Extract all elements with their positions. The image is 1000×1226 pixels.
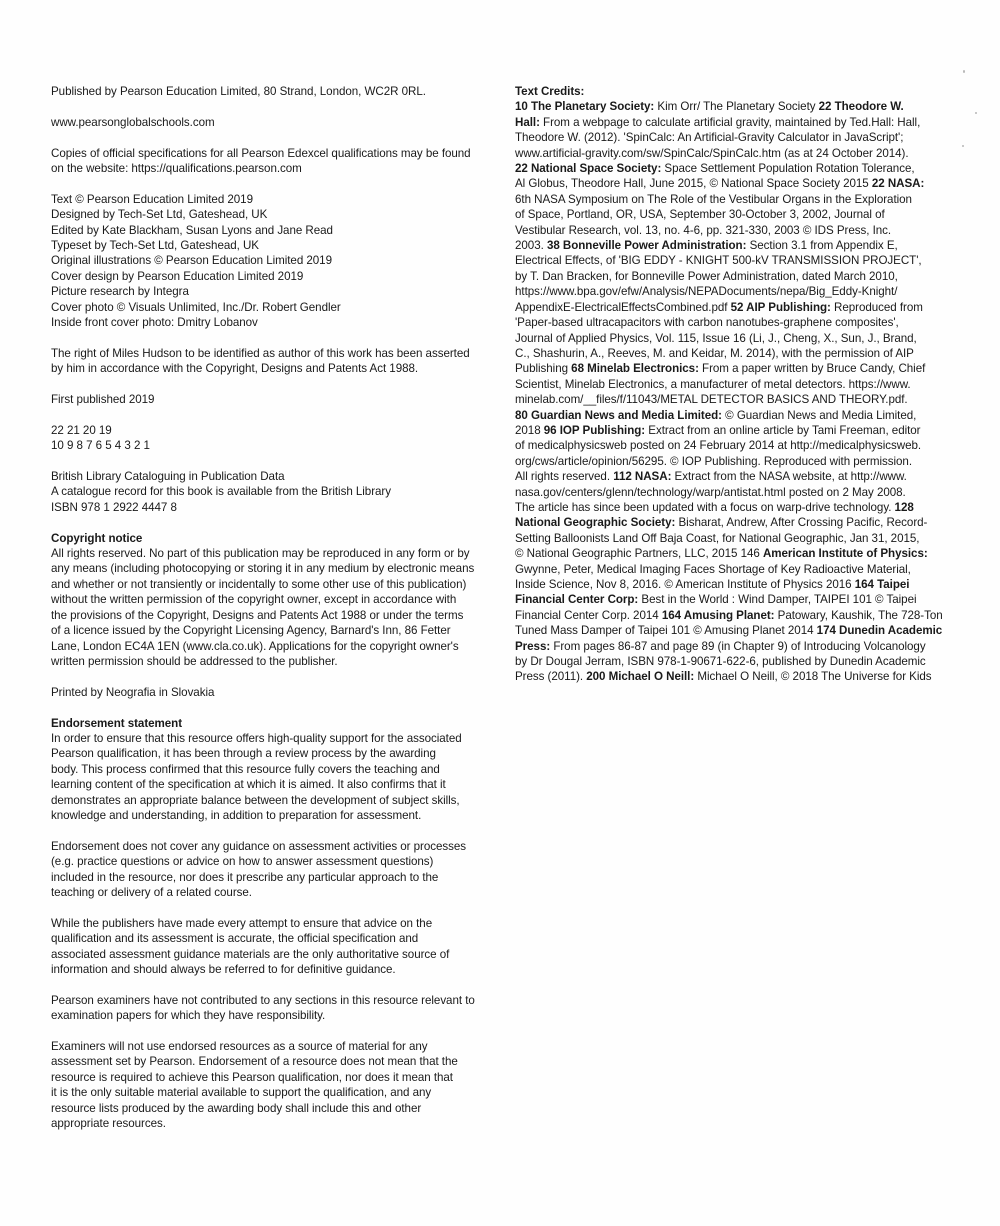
- credit-text: Kim Orr/ The Planetary Society: [654, 100, 818, 113]
- credit-source-label: 164 Amusing Planet:: [662, 609, 775, 622]
- scan-speck: [975, 112, 977, 114]
- print-line: 22 21 20 19 10 9 8 7 6 5 4 3 2 1: [51, 423, 496, 454]
- credit-text: Setting Balloonists Land Off Baja Coast,…: [515, 532, 919, 545]
- credit-line: 2003. 38 Bonneville Power Administration…: [515, 238, 947, 253]
- credit-line: Press: From pages 86-87 and page 89 (in …: [515, 639, 947, 654]
- credit-text: From pages 86-87 and page 89 (in Chapter…: [550, 640, 925, 653]
- credit-text: The article has since been updated with …: [515, 501, 895, 514]
- credit-source-label: 164 Taipei: [855, 578, 910, 591]
- credit-text: Section 3.1 from Appendix E,: [746, 239, 897, 252]
- right-column: Text Credits: 10 The Planetary Society: …: [515, 84, 947, 685]
- credit-line: 6th NASA Symposium on The Role of the Ve…: [515, 192, 947, 207]
- endorsement-heading: Endorsement statement: [51, 716, 496, 731]
- credit-text: www.artificial-gravity.com/sw/SpinCalc/S…: [515, 147, 909, 160]
- credit-source-label: 38 Bonneville Power Administration:: [547, 239, 746, 252]
- credit-text: Best in the World : Wind Damper, TAIPEI …: [638, 593, 916, 606]
- credit-line: 'Paper-based ultracapacitors with carbon…: [515, 315, 947, 330]
- scan-speck: [963, 70, 965, 73]
- credit-line: Theodore W. (2012). 'SpinCalc: An Artifi…: [515, 130, 947, 145]
- credit-line: Publishing 68 Minelab Electronics: From …: [515, 361, 947, 376]
- credit-line: by T. Dan Bracken, for Bonneville Power …: [515, 269, 947, 284]
- cataloguing-data: British Library Cataloguing in Publicati…: [51, 469, 496, 515]
- text-credits-body: 10 The Planetary Society: Kim Orr/ The P…: [515, 99, 947, 684]
- copyright-notice-heading: Copyright notice: [51, 531, 496, 546]
- credit-text: 2003.: [515, 239, 547, 252]
- scan-speck: [962, 145, 964, 147]
- credit-line: Hall: From a webpage to calculate artifi…: [515, 115, 947, 130]
- credit-source-label: 22 NASA:: [872, 177, 924, 190]
- credit-text: Gwynne, Peter, Medical Imaging Faces Sho…: [515, 563, 911, 576]
- printed-by: Printed by Neografia in Slovakia: [51, 685, 496, 700]
- credit-line: Vestibular Research, vol. 13, no. 4-6, p…: [515, 223, 947, 238]
- production-credits: Text © Pearson Education Limited 2019 De…: [51, 192, 496, 331]
- credit-text: by T. Dan Bracken, for Bonneville Power …: [515, 270, 898, 283]
- credit-line: 2018 96 IOP Publishing: Extract from an …: [515, 423, 947, 438]
- credit-line: Financial Center Corp. 2014 164 Amusing …: [515, 608, 947, 623]
- credit-line: The article has since been updated with …: [515, 500, 947, 515]
- credit-text: Extract from an online article by Tami F…: [645, 424, 920, 437]
- credit-line: Financial Center Corp: Best in the World…: [515, 592, 947, 607]
- credit-text: 2018: [515, 424, 544, 437]
- credit-source-label: 128: [895, 501, 914, 514]
- specifications-note: Copies of official specifications for al…: [51, 146, 496, 177]
- credit-line: https://www.bpa.gov/efw/Analysis/NEPADoc…: [515, 284, 947, 299]
- credit-line: National Geographic Society: Bisharat, A…: [515, 515, 947, 530]
- credit-line: Al Globus, Theodore Hall, June 2015, © N…: [515, 176, 947, 191]
- credit-text: Space Settlement Population Rotation Tol…: [661, 162, 914, 175]
- credit-source-label: Hall:: [515, 116, 540, 129]
- credit-source-label: 112 NASA:: [613, 470, 671, 483]
- credit-text: https://www.bpa.gov/efw/Analysis/NEPADoc…: [515, 285, 897, 298]
- credit-text: by Dr Dougal Jerram, ISBN 978-1-90671-62…: [515, 655, 926, 668]
- credit-source-label: 68 Minelab Electronics:: [571, 362, 699, 375]
- credit-text: Press (2011).: [515, 670, 586, 683]
- endorsement-paragraph-1: Endorsement statement In order to ensure…: [51, 716, 496, 824]
- credit-text: Michael O Neill, © 2018 The Universe for…: [694, 670, 931, 683]
- left-column: Published by Pearson Education Limited, …: [51, 84, 496, 1147]
- credit-text: Electrical Effects, of 'BIG EDDY - KNIGH…: [515, 254, 922, 267]
- credit-line: All rights reserved. 112 NASA: Extract f…: [515, 469, 947, 484]
- credit-text: Bisharat, Andrew, After Crossing Pacific…: [675, 516, 927, 529]
- credit-source-label: 96 IOP Publishing:: [544, 424, 645, 437]
- credit-text: Reproduced from: [831, 301, 923, 314]
- credit-text: Patowary, Kaushik, The 728-Ton: [774, 609, 942, 622]
- endorsement-paragraph-4: Pearson examiners have not contributed t…: [51, 993, 496, 1024]
- credit-text: Publishing: [515, 362, 571, 375]
- website-link: www.pearsonglobalschools.com: [51, 115, 496, 130]
- credit-source-label: 52 AIP Publishing:: [731, 301, 831, 314]
- credit-line: Setting Balloonists Land Off Baja Coast,…: [515, 531, 947, 546]
- first-published: First published 2019: [51, 392, 496, 407]
- credit-line: by Dr Dougal Jerram, ISBN 978-1-90671-62…: [515, 654, 947, 669]
- credit-line: 10 The Planetary Society: Kim Orr/ The P…: [515, 99, 947, 114]
- text-credits-heading: Text Credits:: [515, 84, 947, 99]
- credit-text: Financial Center Corp. 2014: [515, 609, 662, 622]
- credit-line: AppendixE-ElectricalEffectsCombined.pdf …: [515, 300, 947, 315]
- author-rights: The right of Miles Hudson to be identifi…: [51, 346, 496, 377]
- credit-source-label: Press:: [515, 640, 550, 653]
- credit-text: nasa.gov/centers/glenn/technology/warp/a…: [515, 486, 906, 499]
- endorsement-paragraph-3: While the publishers have made every att…: [51, 916, 496, 978]
- credit-line: Journal of Applied Physics, Vol. 115, Is…: [515, 331, 947, 346]
- credit-line: of Space, Portland, OR, USA, September 3…: [515, 207, 947, 222]
- credit-text: 'Paper-based ultracapacitors with carbon…: [515, 316, 899, 329]
- credit-text: C., Shashurin, A., Reeves, M. and Keidar…: [515, 347, 914, 360]
- endorsement-paragraph-2: Endorsement does not cover any guidance …: [51, 839, 496, 901]
- credit-text: org/cws/article/opinion/56295. © IOP Pub…: [515, 455, 912, 468]
- document-page: Published by Pearson Education Limited, …: [0, 0, 1000, 1226]
- credit-line: of medicalphysicsweb posted on 24 Februa…: [515, 438, 947, 453]
- credit-source-label: 22 Theodore W.: [819, 100, 904, 113]
- credit-line: C., Shashurin, A., Reeves, M. and Keidar…: [515, 346, 947, 361]
- credit-text: From a paper written by Bruce Candy, Chi…: [699, 362, 925, 375]
- credit-line: © National Geographic Partners, LLC, 201…: [515, 546, 947, 561]
- credit-text: Inside Science, Nov 8, 2016. © American …: [515, 578, 855, 591]
- credit-line: minelab.com/__files/f/11043/METAL DETECT…: [515, 392, 947, 407]
- credit-line: Tuned Mass Damper of Taipei 101 © Amusin…: [515, 623, 947, 638]
- credit-line: Gwynne, Peter, Medical Imaging Faces Sho…: [515, 562, 947, 577]
- credit-line: 80 Guardian News and Media Limited: © Gu…: [515, 408, 947, 423]
- credit-source-label: Financial Center Corp:: [515, 593, 638, 606]
- credit-text: Tuned Mass Damper of Taipei 101 © Amusin…: [515, 624, 817, 637]
- credit-text: minelab.com/__files/f/11043/METAL DETECT…: [515, 393, 908, 406]
- credit-source-label: 22 National Space Society:: [515, 162, 661, 175]
- credit-line: Press (2011). 200 Michael O Neill: Micha…: [515, 669, 947, 684]
- publisher-address: Published by Pearson Education Limited, …: [51, 84, 496, 99]
- credit-line: Inside Science, Nov 8, 2016. © American …: [515, 577, 947, 592]
- credit-line: Scientist, Minelab Electronics, a manufa…: [515, 377, 947, 392]
- credit-text: Theodore W. (2012). 'SpinCalc: An Artifi…: [515, 131, 903, 144]
- credit-source-label: American Institute of Physics:: [763, 547, 928, 560]
- credit-text: 6th NASA Symposium on The Role of the Ve…: [515, 193, 912, 206]
- credit-source-label: 80 Guardian News and Media Limited:: [515, 409, 722, 422]
- credit-line: www.artificial-gravity.com/sw/SpinCalc/S…: [515, 146, 947, 161]
- credit-text: Vestibular Research, vol. 13, no. 4-6, p…: [515, 224, 891, 237]
- credit-source-label: 10 The Planetary Society:: [515, 100, 654, 113]
- credit-text: © National Geographic Partners, LLC, 201…: [515, 547, 763, 560]
- credit-line: org/cws/article/opinion/56295. © IOP Pub…: [515, 454, 947, 469]
- credit-text: AppendixE-ElectricalEffectsCombined.pdf: [515, 301, 731, 314]
- credit-text: All rights reserved.: [515, 470, 613, 483]
- credit-text: of Space, Portland, OR, USA, September 3…: [515, 208, 885, 221]
- credit-line: nasa.gov/centers/glenn/technology/warp/a…: [515, 485, 947, 500]
- credit-source-label: 174 Dunedin Academic: [817, 624, 943, 637]
- credit-text: of medicalphysicsweb posted on 24 Februa…: [515, 439, 921, 452]
- credit-text: Extract from the NASA website, at http:/…: [671, 470, 906, 483]
- credit-text: Al Globus, Theodore Hall, June 2015, © N…: [515, 177, 872, 190]
- credit-text: © Guardian News and Media Limited,: [722, 409, 916, 422]
- copyright-notice: Copyright notice All rights reserved. No…: [51, 531, 496, 670]
- credit-line: 22 National Space Society: Space Settlem…: [515, 161, 947, 176]
- credit-source-label: National Geographic Society:: [515, 516, 675, 529]
- credit-line: Electrical Effects, of 'BIG EDDY - KNIGH…: [515, 253, 947, 268]
- endorsement-paragraph-5: Examiners will not use endorsed resource…: [51, 1039, 496, 1131]
- credit-text: Scientist, Minelab Electronics, a manufa…: [515, 378, 911, 391]
- credit-text: Journal of Applied Physics, Vol. 115, Is…: [515, 332, 917, 345]
- credit-text: From a webpage to calculate artificial g…: [540, 116, 920, 129]
- credit-source-label: 200 Michael O Neill:: [586, 670, 694, 683]
